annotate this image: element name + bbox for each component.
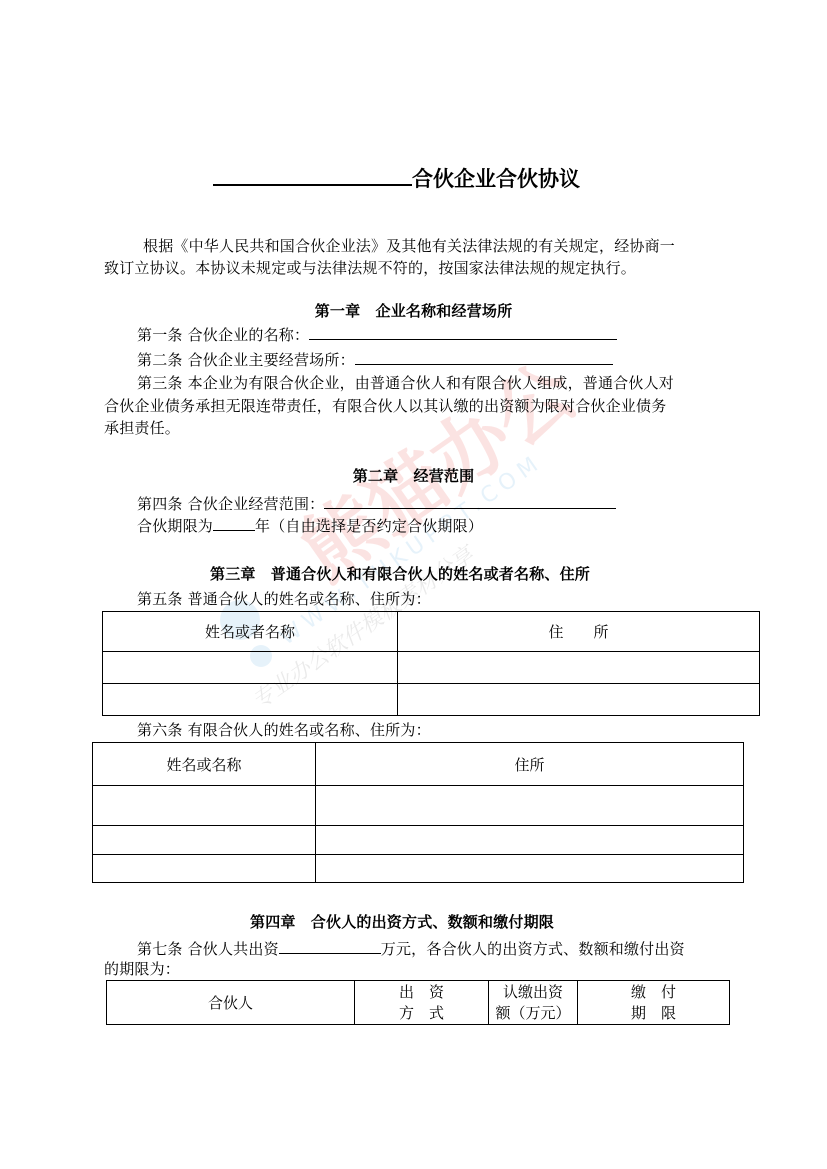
table-row [93, 826, 744, 855]
term-prefix: 合伙期限为 [137, 517, 213, 535]
table-cell[interactable] [398, 684, 760, 716]
business-scope-field[interactable] [324, 491, 616, 509]
table-cell[interactable] [316, 855, 744, 883]
article-7-prefix: 第七条 合伙人共出资 [137, 940, 279, 958]
title-blank-line[interactable] [213, 158, 412, 186]
preamble-line-1: 根据《中华人民共和国合伙企业法》及其他有关法律法规的有关规定，经协商一 [104, 235, 744, 257]
table-header: 姓名或名称 [93, 743, 316, 786]
term-years-field[interactable] [213, 513, 255, 531]
table-header-amount: 认缴出资 额（万元） [489, 981, 578, 1025]
business-place-field[interactable] [355, 347, 613, 365]
table-header: 住 所 [398, 612, 760, 652]
table-header-partner: 合伙人 [107, 981, 355, 1025]
total-capital-field[interactable] [279, 936, 381, 954]
article-7-line-2: 的期限为： [104, 958, 180, 980]
table-cell[interactable] [316, 826, 744, 855]
article-2: 第二条 合伙企业主要经营场所： [137, 347, 613, 371]
table-cell[interactable] [103, 684, 398, 716]
table-cell[interactable] [103, 652, 398, 684]
article-3-line-3: 承担责任。 [104, 417, 180, 439]
table-header-method: 出 资 方 式 [355, 981, 489, 1025]
table-cell[interactable] [316, 786, 744, 826]
table-header-deadline: 缴 付 期 限 [578, 981, 730, 1025]
table-header: 住所 [316, 743, 744, 786]
general-partners-table: 姓名或者名称 住 所 [102, 611, 760, 716]
document-title: 合伙企业合伙协议 [213, 158, 580, 188]
term-suffix: 年（自由选择是否约定合伙期限） [255, 517, 483, 535]
article-5-label: 第五条 普通合伙人的姓名或名称、住所为： [137, 588, 431, 610]
table-cell[interactable] [93, 826, 316, 855]
table-row [103, 652, 760, 684]
preamble-line-2: 致订立协议。本协议未规定或与法律法规不符的，按国家法律法规的规定执行。 [104, 257, 636, 279]
article-3-line-1: 第三条 本企业为有限合伙企业，由普通合伙人和有限合伙人组成，普通合伙人对 [137, 372, 674, 394]
table-cell[interactable] [398, 652, 760, 684]
article-3-line-2: 合伙企业债务承担无限连带责任，有限合伙人以其认缴的出资额为限对合伙企业债务 [104, 395, 666, 417]
table-row [103, 684, 760, 716]
article-7: 第七条 合伙人共出资万元，各合伙人的出资方式、数额和缴付出资 [137, 936, 685, 960]
table-row [93, 786, 744, 826]
article-1-label: 第一条 合伙企业的名称： [137, 326, 309, 344]
table-cell[interactable] [93, 855, 316, 883]
enterprise-name-field[interactable] [309, 322, 617, 340]
title-text: 合伙企业合伙协议 [412, 167, 580, 191]
chapter-1-heading: 第一章 企业名称和经营场所 [0, 300, 827, 322]
limited-partners-table: 姓名或名称 住所 [92, 742, 744, 883]
capital-contribution-table: 合伙人 出 资 方 式 认缴出资 额（万元） 缴 付 期 限 [106, 980, 730, 1025]
chapter-2-heading: 第二章 经营范围 [0, 465, 827, 487]
article-4: 第四条 合伙企业经营范围： [137, 491, 616, 515]
article-4-label: 第四条 合伙企业经营范围： [137, 495, 324, 513]
article-2-label: 第二条 合伙企业主要经营场所： [137, 351, 355, 369]
article-1: 第一条 合伙企业的名称： [137, 322, 617, 346]
partnership-term: 合伙期限为年（自由选择是否约定合伙期限） [137, 513, 483, 537]
chapter-3-heading: 第三章 普通合伙人和有限合伙人的姓名或者名称、住所 [210, 563, 590, 585]
chapter-4-heading: 第四章 合伙人的出资方式、数额和缴付期限 [250, 911, 554, 933]
article-6-label: 第六条 有限合伙人的姓名或名称、住所为： [137, 719, 431, 741]
table-row [93, 855, 744, 883]
table-cell[interactable] [93, 786, 316, 826]
table-header: 姓名或者名称 [103, 612, 398, 652]
article-7-suffix: 万元，各合伙人的出资方式、数额和缴付出资 [381, 940, 685, 958]
